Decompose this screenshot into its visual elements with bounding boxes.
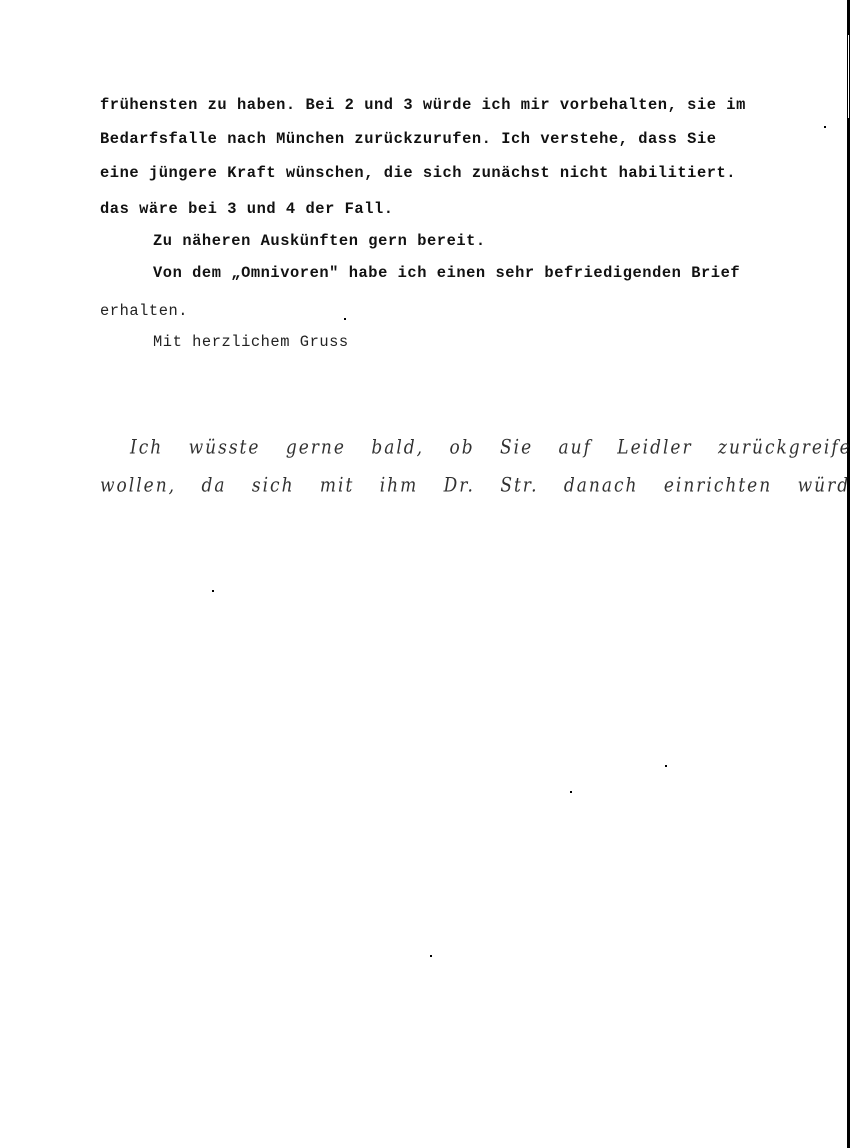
scan-speck bbox=[665, 765, 667, 767]
typed-line-6: Von dem „Omnivoren" habe ich einen sehr … bbox=[153, 264, 740, 282]
typed-line-1: frühensten zu haben. Bei 2 und 3 würde i… bbox=[100, 96, 746, 114]
scan-speck bbox=[430, 955, 432, 957]
scan-speck bbox=[212, 590, 214, 592]
handwritten-line-1: Ich wüsste gerne bald, ob Sie auf Leidle… bbox=[130, 436, 850, 459]
handwritten-line-2: wollen, da sich mit ihm Dr. Str. danach … bbox=[100, 474, 850, 497]
closing-greeting: Mit herzlichem Gruss bbox=[153, 333, 349, 351]
scan-edge-gap bbox=[848, 35, 849, 118]
scan-speck bbox=[570, 791, 572, 793]
typed-line-2: Bedarfsfalle nach München zurückzurufen.… bbox=[100, 130, 717, 148]
typed-line-5: Zu näheren Auskünften gern bereit. bbox=[153, 232, 486, 250]
typed-line-4: das wäre bei 3 und 4 der Fall. bbox=[100, 200, 394, 218]
scan-speck bbox=[344, 318, 346, 320]
scan-speck bbox=[824, 126, 826, 128]
typed-line-7: erhalten. bbox=[100, 302, 188, 320]
document-page: frühensten zu haben. Bei 2 und 3 würde i… bbox=[0, 0, 850, 1148]
typed-line-3: eine jüngere Kraft wünschen, die sich zu… bbox=[100, 164, 736, 182]
